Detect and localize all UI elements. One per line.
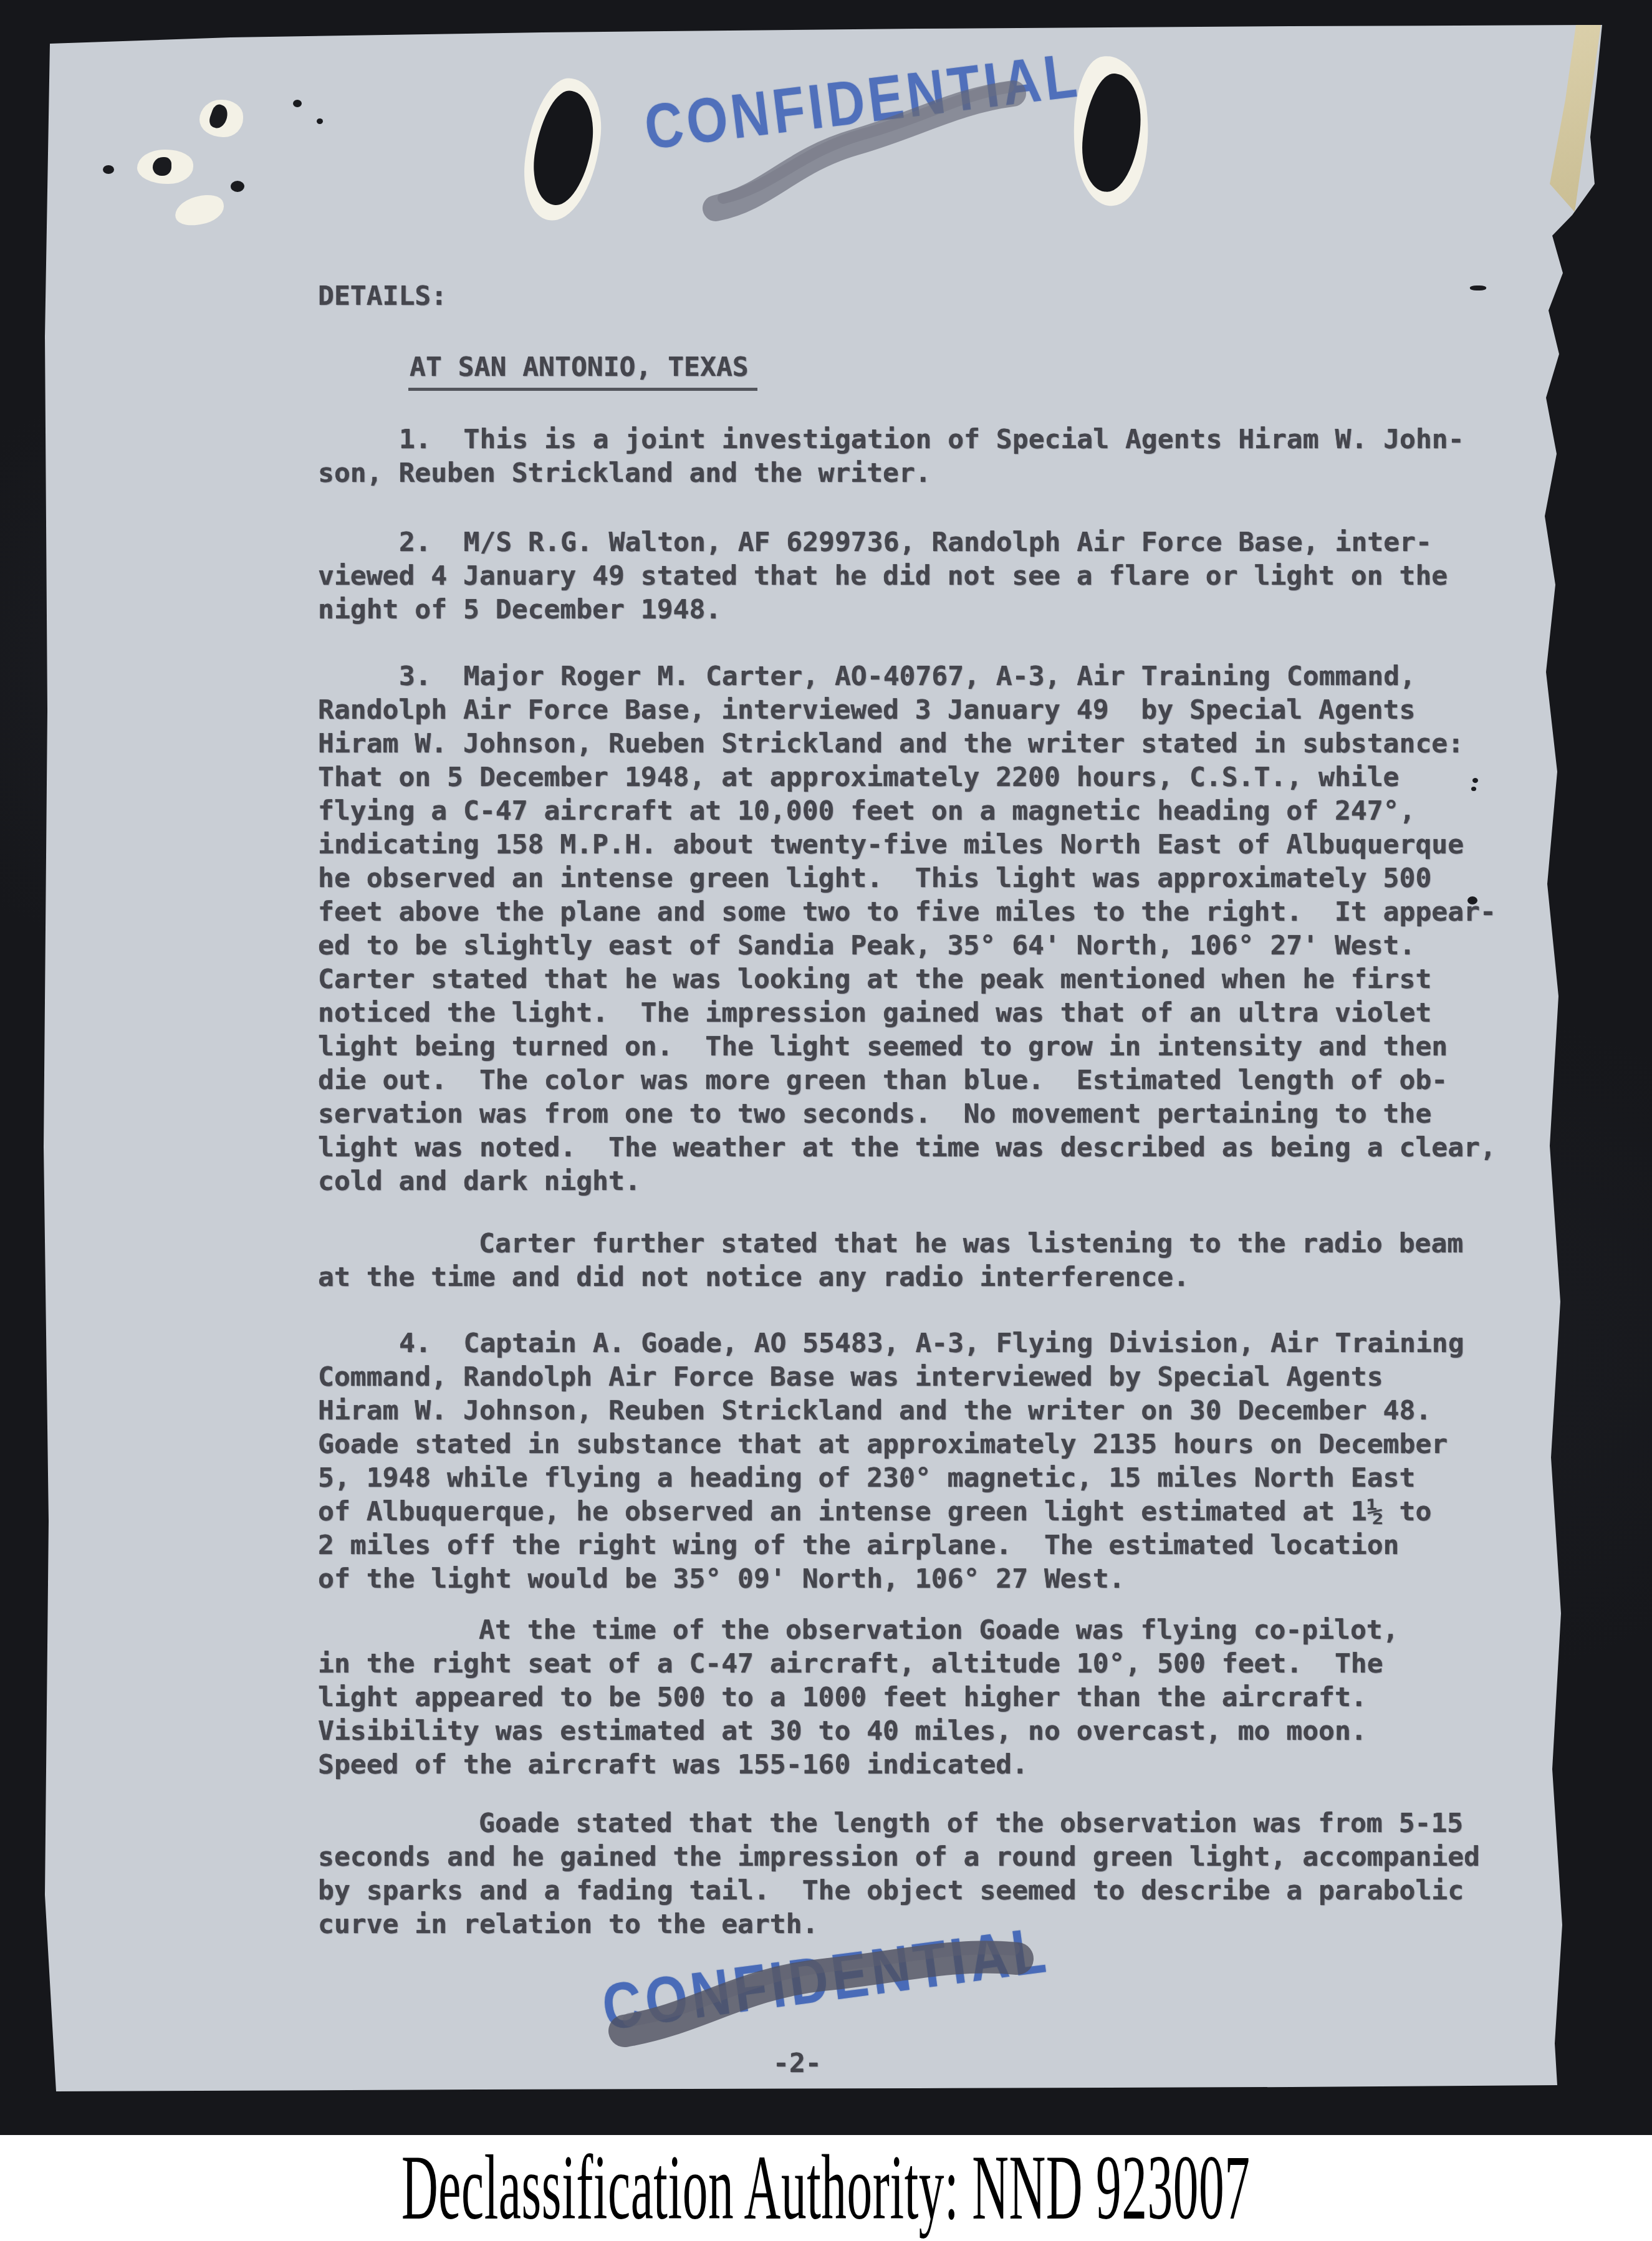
torn-edge-sliver	[1531, 25, 1601, 212]
paragraph-4: Carter further stated that he was listen…	[318, 1227, 1502, 1294]
details-label: DETAILS:	[318, 279, 1502, 313]
confidential-stamp-top-text: CONFIDENTIAL	[641, 39, 1084, 164]
scanned-document-background: CONFIDENTIAL DETAILS: AT SAN ANTONIO, TE…	[0, 0, 1652, 2241]
paper-damage-speck	[1471, 787, 1476, 791]
paragraph-1: 1. This is a joint investigation of Spec…	[318, 423, 1502, 490]
paragraph-7: Goade stated that the length of the obse…	[318, 1807, 1502, 1941]
paragraph-6: At the time of the observation Goade was…	[318, 1613, 1502, 1782]
paper-damage-speck	[317, 118, 323, 124]
paper-damage-speck	[231, 181, 244, 192]
section-heading: AT SAN ANTONIO, TEXAS	[408, 350, 757, 391]
paper-damage-speck	[103, 165, 114, 174]
paper-damage-speck	[1470, 286, 1486, 290]
paragraph-3: 3. Major Roger M. Carter, AO-40767, A-3,…	[318, 660, 1502, 1198]
paragraph-5: 4. Captain A. Goade, AO 55483, A-3, Flyi…	[318, 1327, 1502, 1596]
paper-damage-speck	[1472, 778, 1478, 783]
paper-damage-speck	[293, 100, 302, 107]
paper-damage-speck	[153, 157, 171, 176]
paper-damage-speck	[1467, 896, 1477, 905]
declassification-banner: Declassification Authority: NND 923007	[0, 2135, 1652, 2241]
page-number: -2-	[773, 2047, 898, 2080]
paper-damage-patch	[172, 190, 228, 230]
declassification-text: Declassification Authority: NND 923007	[401, 2135, 1251, 2241]
document-page: CONFIDENTIAL DETAILS: AT SAN ANTONIO, TE…	[44, 25, 1615, 2091]
paragraph-2: 2. M/S R.G. Walton, AF 6299736, Randolph…	[318, 525, 1502, 626]
